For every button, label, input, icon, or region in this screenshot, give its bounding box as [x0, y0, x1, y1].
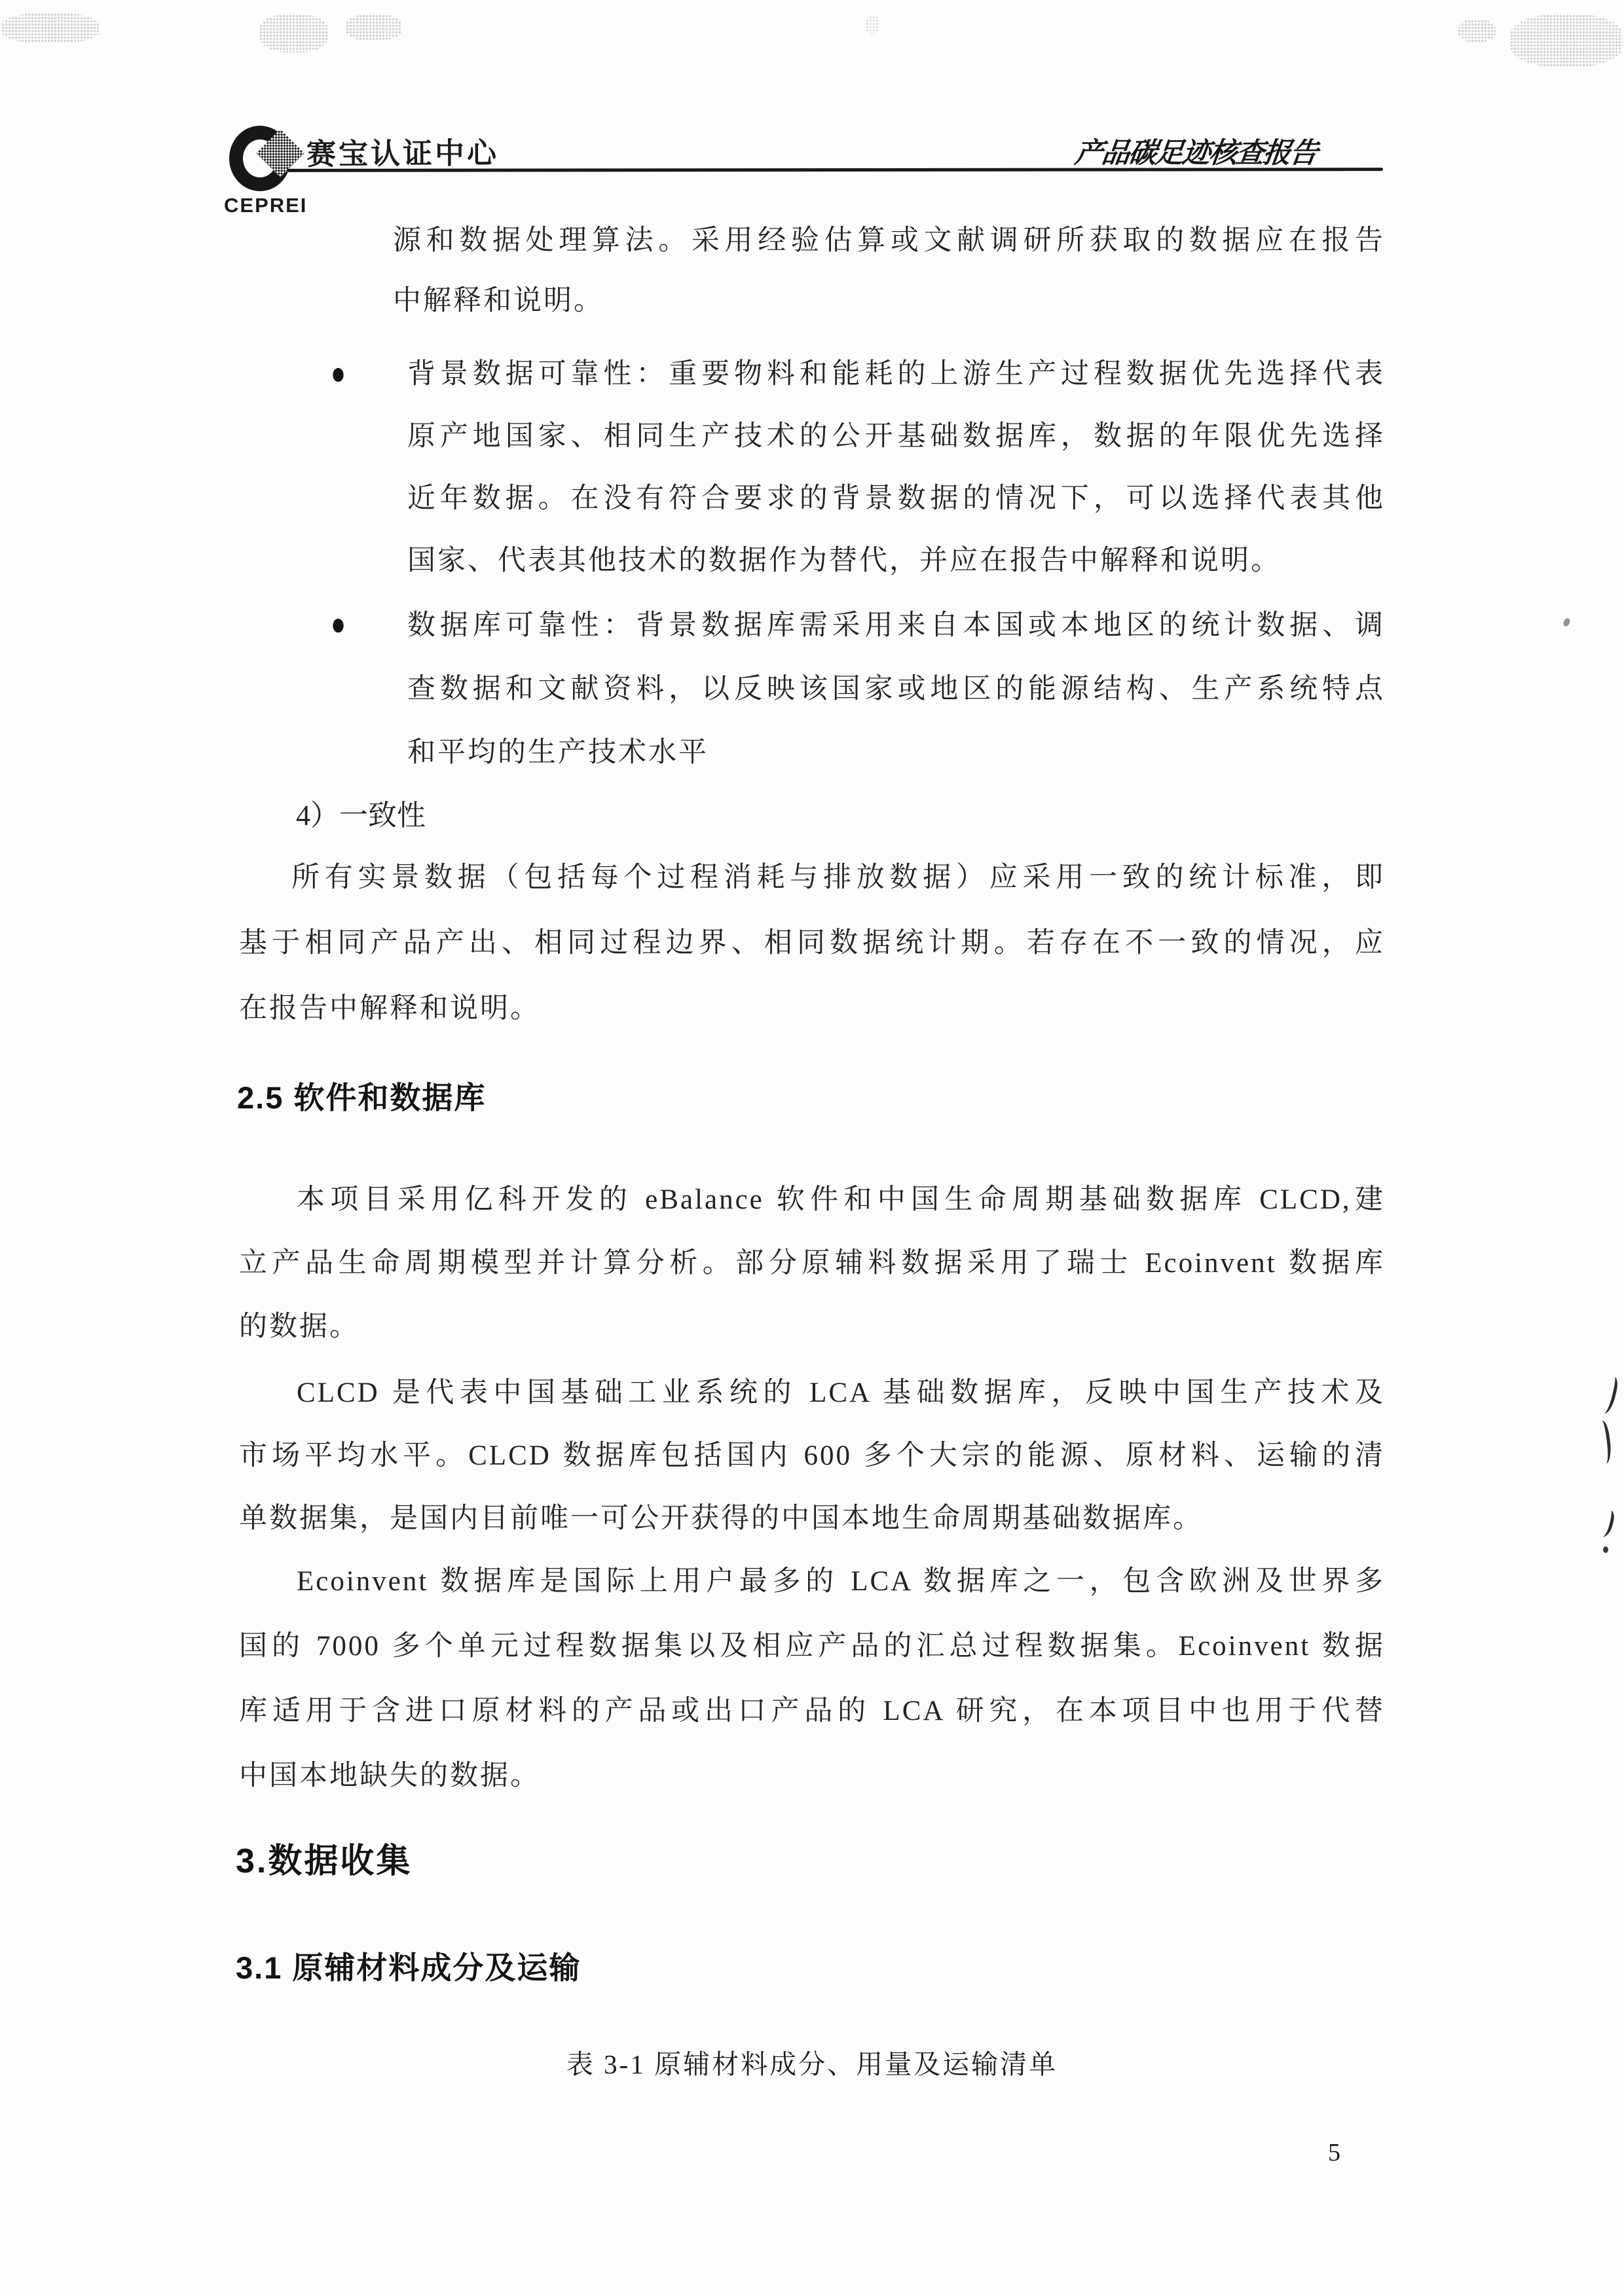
scan-mark	[1596, 1508, 1616, 1539]
ceprei-logo-caption: CEPREI	[224, 194, 303, 217]
s25-paragraph-3: Ecoinvent 数据库是国际上用户最多的 LCA 数据库之一，包含欧洲及世界…	[239, 1549, 1385, 1808]
table-caption: 表 3-1 原辅材料成分、用量及运输清单	[239, 2044, 1385, 2085]
scan-smudge	[259, 14, 328, 52]
text-line: 中解释和说明。	[393, 271, 1385, 331]
scan-smudge	[1510, 14, 1623, 67]
text-line: 和平均的生产技术水平	[407, 721, 1385, 784]
text-line: CLCD 是代表中国基础工业系统的 LCA 基础数据库，反映中国生产技术及	[239, 1362, 1385, 1425]
text-line: 源和数据处理算法。采用经验估算或文献调研所获取的数据应在报告	[393, 211, 1385, 271]
scan-smudge	[1458, 20, 1496, 42]
section-heading-3-1: 3.1 原辅材料成分及运输	[236, 1947, 581, 1989]
text-line: 基于相同产品产出、相同过程边界、相同数据统计期。若存在不一致的情况，应	[239, 911, 1385, 976]
text-line: 单数据集，是国内目前唯一可公开获得的中国本地生命周期基础数据库。	[239, 1487, 1385, 1550]
text-line: 国的 7000 多个单元过程数据集以及相应产品的汇总过程数据集。Ecoinven…	[239, 1614, 1385, 1679]
text-line: 在报告中解释和说明。	[239, 976, 1385, 1042]
text-line: 的数据。	[239, 1295, 1385, 1358]
scan-smudge	[866, 16, 880, 34]
text-line: 本项目采用亿科开发的 eBalance 软件和中国生命周期基础数据库 CLCD,…	[239, 1168, 1385, 1231]
header-report-title: 产品碳足迹核查报告	[1073, 131, 1319, 171]
text-line: 原产地国家、相同生产技术的公开基础数据库，数据的年限优先选择	[407, 405, 1385, 467]
numbered-item-heading: 4）一致性	[296, 796, 426, 835]
consistency-paragraph: 所有实景数据（包括每个过程消耗与排放数据）应采用一致的统计标准，即 基于相同产品…	[239, 845, 1385, 1042]
text-line: 国家、代表其他技术的数据作为替代，并应在报告中解释和说明。	[407, 530, 1385, 592]
bullet-icon: ●	[331, 357, 346, 390]
section-heading-2-5: 2.5 软件和数据库	[237, 1077, 486, 1119]
text-line: 库适用于含进口原材料的产品或出口产品的 LCA 研究，在本项目中也用于代替	[239, 1679, 1385, 1743]
text-line: 所有实景数据（包括每个过程消耗与排放数据）应采用一致的统计标准，即	[239, 845, 1385, 911]
text-line: Ecoinvent 数据库是国际上用户最多的 LCA 数据库之一，包含欧洲及世界…	[239, 1549, 1385, 1614]
s25-paragraph-1: 本项目采用亿科开发的 eBalance 软件和中国生命周期基础数据库 CLCD,…	[239, 1168, 1385, 1358]
text-line: 查数据和文献资料，以反映该国家或地区的能源结构、生产系统特点	[407, 657, 1385, 721]
text-line: 中国本地缺失的数据。	[239, 1743, 1385, 1808]
section-heading-3: 3.数据收集	[236, 1838, 412, 1884]
text-line: 数据库可靠性：背景数据库需采用来自本国或本地区的统计数据、调	[407, 594, 1385, 657]
scan-mark	[1598, 1375, 1620, 1415]
text-line: 市场平均水平。CLCD 数据库包括国内 600 多个大宗的能源、原材料、运输的清	[239, 1425, 1385, 1487]
page-number: 5	[1328, 2138, 1340, 2167]
bullet-icon: ●	[331, 608, 346, 640]
scan-smudge	[346, 14, 402, 41]
bullet-item: 数据库可靠性：背景数据库需采用来自本国或本地区的统计数据、调 查数据和文献资料，…	[407, 594, 1385, 784]
carryover-paragraph: 源和数据处理算法。采用经验估算或文献调研所获取的数据应在报告 中解释和说明。	[393, 211, 1385, 331]
scan-smudge	[1, 13, 100, 43]
header-rule	[287, 168, 1383, 172]
s25-paragraph-2: CLCD 是代表中国基础工业系统的 LCA 基础数据库，反映中国生产技术及 市场…	[239, 1362, 1385, 1550]
header-org-name: 赛宝认证中心	[306, 129, 499, 173]
text-line: 立产品生命周期模型并计算分析。部分原辅料数据采用了瑞士 Ecoinvent 数据…	[239, 1231, 1385, 1295]
scan-speck	[1603, 1546, 1608, 1553]
text-line: 近年数据。在没有符合要求的背景数据的情况下，可以选择代表其他	[407, 467, 1385, 530]
document-page: CEPREI 赛宝认证中心 产品碳足迹核查报告 源和数据处理算法。采用经验估算或…	[0, 0, 1624, 2296]
bullet-marker: ●	[331, 612, 357, 637]
bullet-marker: ●	[331, 361, 357, 386]
scan-mark	[1594, 1420, 1614, 1465]
bullet-item: 背景数据可靠性：重要物料和能耗的上游生产过程数据优先选择代表 原产地国家、相同生…	[407, 343, 1385, 592]
scan-speck	[1562, 617, 1572, 628]
text-line: 背景数据可靠性：重要物料和能耗的上游生产过程数据优先选择代表	[407, 343, 1385, 405]
